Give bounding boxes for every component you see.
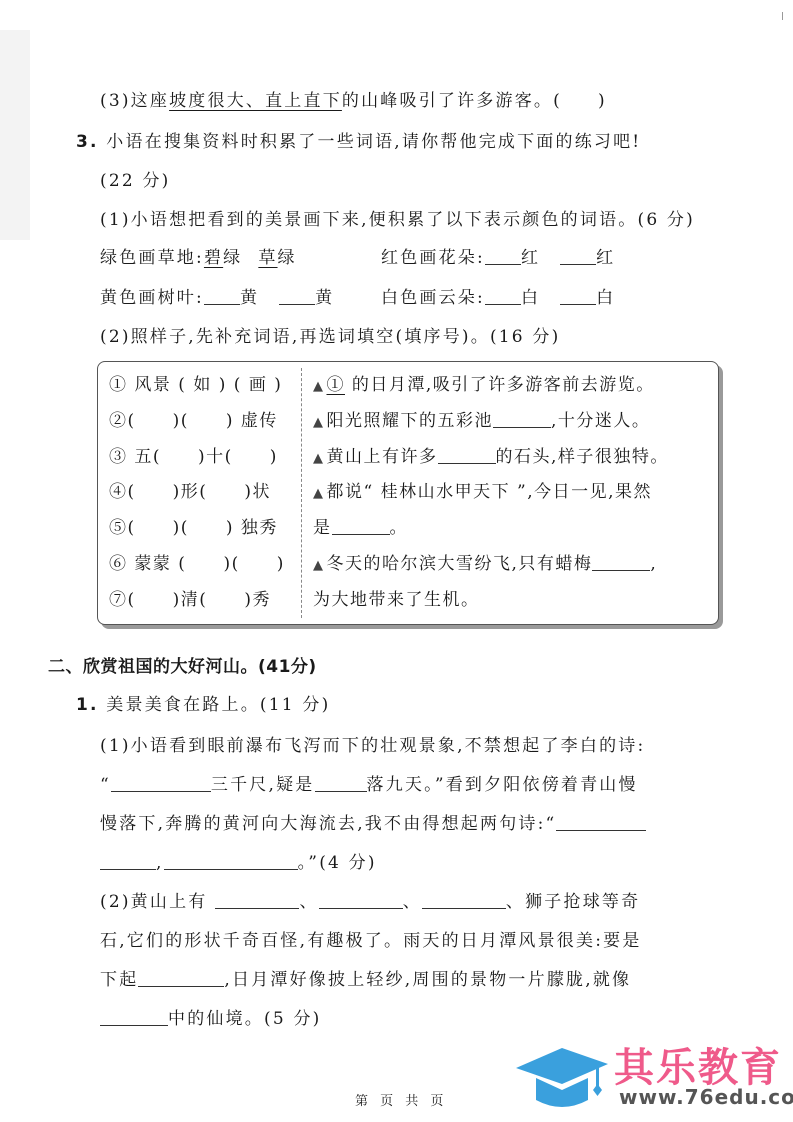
section-2-title: 二、欣赏祖国的大好河山。(41分) [48, 652, 317, 677]
question-text: 小语在搜集资料时积累了一些词语,请你帮他完成下面的练习吧! [106, 132, 641, 152]
sentence-5-cont: 为大地带来了生机。 [313, 583, 713, 619]
answer-blank[interactable] [422, 907, 506, 909]
answer-blank[interactable] [111, 790, 211, 792]
page-footer: 第 页 共 页 [355, 1090, 447, 1109]
color-char: 白 [596, 288, 615, 308]
item-text: (3)这座 [100, 91, 169, 111]
triangle-bullet-icon: ▲ [313, 558, 325, 573]
question-3-title: 3. 小语在搜集资料时积累了一些词语,请你帮他完成下面的练习吧! [76, 127, 641, 152]
word-item[interactable]: ③ 五( )十( ) [109, 440, 299, 476]
question-text: 美景美食在路上。(11 分) [106, 695, 330, 715]
s2-part2-line1: (2)黄山上有、、、狮子抢球等奇 [100, 887, 640, 912]
triangle-bullet-icon: ▲ [313, 415, 325, 430]
corner-mark [782, 12, 783, 20]
question-3-points: (22 分) [100, 166, 171, 191]
color-char: 黄 [315, 288, 334, 308]
logo-url: www.76edu.com [619, 1085, 793, 1109]
row-label: 红色画花朵: [381, 248, 485, 268]
part-text: (2)黄山上有 [100, 892, 207, 912]
s2-part1-line4: ,。”(4 分) [100, 848, 377, 873]
answer-blank[interactable] [100, 1024, 168, 1026]
row-label: 白色画云朵: [381, 288, 485, 308]
row-label: 黄色画树叶: [100, 288, 204, 308]
dashed-divider [301, 368, 302, 618]
item-text: 的山峰吸引了许多游客。( [342, 91, 562, 111]
s2-part1-line3: 慢落下,奔腾的黄河向大海流去,我不由得想起两句诗:“ [100, 809, 646, 834]
part-text: 中的仙境。(5 分) [168, 1009, 321, 1029]
answer-blank[interactable] [485, 303, 521, 305]
scan-edge-shade [0, 30, 30, 240]
example-char: 绿 [278, 248, 297, 268]
word-item[interactable]: ⑥ 蒙蒙 ( )( ) [109, 547, 299, 583]
green-row: 绿色画草地:碧绿草绿 [100, 243, 297, 268]
word-item[interactable]: ⑤( )( ) 独秀 [109, 511, 299, 547]
word-list: ① 风景 ( 如 ) ( 画 ) ②( )( ) 虚传 ③ 五( )十( ) ④… [109, 368, 299, 619]
sentence-list: ▲① 的日月潭,吸引了许多游客前去游览。 ▲阳光照耀下的五彩池,十分迷人。 ▲黄… [313, 368, 713, 619]
example-char: 碧 [204, 248, 223, 268]
word-item[interactable]: ⑦( )清( )秀 [109, 583, 299, 619]
word-fill-box: ① 风景 ( 如 ) ( 画 ) ②( )( ) 虚传 ③ 五( )十( ) ④… [97, 361, 719, 625]
punctuation: 、 [299, 892, 318, 912]
s2-part2-line3: 下起,日月潭好像披上轻纱,周围的景物一片朦胧,就像 [100, 965, 631, 990]
sentence-text: 都说“ 桂林山水甲天下 ”,今日一见,果然 [327, 482, 653, 502]
answer-blank[interactable] [100, 868, 156, 870]
sentence-2: ▲阳光照耀下的五彩池,十分迷人。 [313, 404, 713, 440]
sentence-4-cont: 是。 [313, 511, 713, 547]
poem-text: 三千尺,疑是 [211, 775, 315, 795]
part2-prompt: (2)照样子,先补充词语,再选词填空(填序号)。(16 分) [100, 322, 560, 347]
color-char: 白 [521, 288, 540, 308]
yellow-row: 黄色画树叶:黄黄 [100, 283, 334, 308]
example-char: 草 [258, 248, 277, 268]
s2-part2-line4: 中的仙境。(5 分) [100, 1004, 321, 1029]
triangle-bullet-icon: ▲ [313, 486, 325, 501]
answer-blank[interactable] [485, 263, 521, 265]
graduation-cap-icon [512, 1040, 612, 1112]
sentence-5: ▲冬天的哈尔滨大雪纷飞,只有蜡梅, [313, 547, 713, 583]
example-char: 绿 [223, 248, 242, 268]
sentence-text: 是 [313, 518, 332, 538]
triangle-bullet-icon: ▲ [313, 451, 325, 466]
punctuation: 、 [403, 892, 422, 912]
sentence-4: ▲都说“ 桂林山水甲天下 ”,今日一见,果然 [313, 475, 713, 511]
underlined-phrase: 坡度很大、直上直下 [169, 91, 342, 111]
sentence-text: 黄山上有许多 [327, 447, 438, 467]
part-text: 下起 [100, 970, 138, 990]
sentence-3: ▲黄山上有许多的石头,样子很独特。 [313, 440, 713, 476]
answer-blank[interactable] [560, 303, 596, 305]
answer-blank[interactable] [592, 569, 650, 571]
answer-blank[interactable] [164, 868, 298, 870]
sentence-text: ,十分迷人。 [551, 411, 650, 431]
word-item[interactable]: ④( )形( )状 [109, 475, 299, 511]
example-answer: ① [327, 375, 346, 395]
part1-prompt: (1)小语想把看到的美景画下来,便积累了以下表示颜色的词语。(6 分) [100, 205, 695, 230]
poem-text: 落九天。”看到夕阳依傍着青山慢 [367, 775, 638, 795]
sentence-text: 。 [390, 518, 409, 538]
answer-blank[interactable] [332, 533, 390, 535]
sentence-1: ▲① 的日月潭,吸引了许多游客前去游览。 [313, 368, 713, 404]
answer-blank[interactable] [204, 303, 240, 305]
s2-part2-line2: 石,它们的形状千奇百怪,有趣极了。雨天的日月潭风景很美:要是 [100, 926, 642, 951]
question-item-3: (3)这座坡度很大、直上直下的山峰吸引了许多游客。() [100, 86, 607, 111]
section2-question-1: 1. 美景美食在路上。(11 分) [76, 690, 330, 715]
item-text: ) [598, 91, 607, 111]
answer-blank[interactable] [438, 462, 496, 464]
answer-blank[interactable] [319, 907, 403, 909]
answer-blank[interactable] [493, 426, 551, 428]
white-row: 白色画云朵:白白 [381, 283, 615, 308]
sentence-text: 的日月潭,吸引了许多游客前去游览。 [345, 375, 655, 395]
quote-mark: “ [100, 775, 111, 795]
answer-blank[interactable] [315, 790, 367, 792]
answer-blank[interactable] [556, 829, 646, 831]
red-row: 红色画花朵:红红 [381, 243, 615, 268]
sentence-text: , [650, 554, 657, 574]
s2-part1-line1: (1)小语看到眼前瀑布飞泻而下的壮观景象,不禁想起了李白的诗: [100, 731, 645, 756]
word-item: ① 风景 ( 如 ) ( 画 ) [109, 368, 299, 404]
s2-part1-line2: “三千尺,疑是落九天。”看到夕阳依傍着青山慢 [100, 770, 638, 795]
question-number: 3. [76, 132, 99, 152]
color-char: 红 [521, 248, 540, 268]
color-char: 黄 [240, 288, 259, 308]
answer-blank[interactable] [138, 985, 224, 987]
word-item[interactable]: ②( )( ) 虚传 [109, 404, 299, 440]
answer-blank[interactable] [279, 303, 315, 305]
answer-blank[interactable] [560, 263, 596, 265]
part-text: ,日月潭好像披上轻纱,周围的景物一片朦胧,就像 [224, 970, 631, 990]
sentence-text: 的石头,样子很独特。 [496, 447, 669, 467]
punctuation: , [156, 853, 164, 873]
color-char: 红 [596, 248, 615, 268]
sentence-text: 阳光照耀下的五彩池 [327, 411, 494, 431]
question-number: 1. [76, 695, 99, 715]
row-label: 绿色画草地: [100, 248, 204, 268]
brand-logo: 其乐教育 www.76edu.com [512, 1036, 792, 1116]
answer-blank[interactable] [215, 907, 299, 909]
poem-text: 慢落下,奔腾的黄河向大海流去,我不由得想起两句诗:“ [100, 814, 556, 834]
points-text: 。”(4 分) [298, 853, 377, 873]
triangle-bullet-icon: ▲ [313, 379, 325, 394]
sentence-text: 冬天的哈尔滨大雪纷飞,只有蜡梅 [327, 554, 593, 574]
part-text: 、狮子抢球等奇 [506, 892, 640, 912]
